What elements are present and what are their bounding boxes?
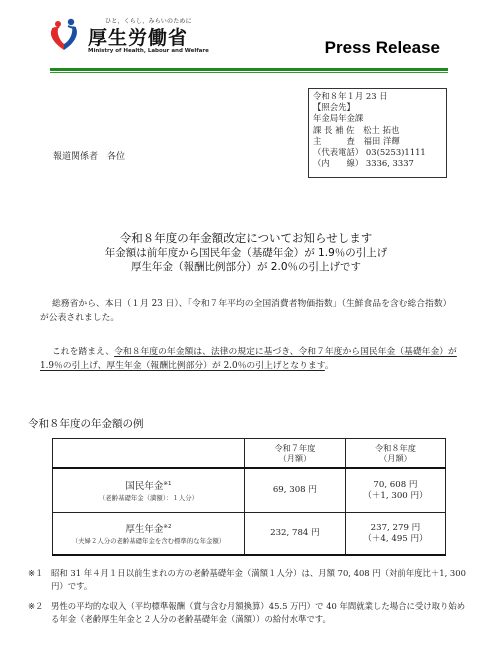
- header-fy7-label: 令和７年度: [245, 443, 345, 453]
- contact-person-1: 課 長 補 佐 松土 拓也: [313, 125, 442, 136]
- mhlw-heart-people-icon: [48, 18, 80, 52]
- amount-change: （＋1, 300 円）: [346, 491, 445, 502]
- person-2-title: 主 査: [313, 136, 355, 146]
- fy8-amount-cell: 237, 279 円 （＋4, 495 円）: [345, 513, 445, 556]
- footnote-2-mark: ※２: [28, 600, 43, 613]
- row-name-text: 国民年金: [125, 481, 163, 492]
- row-name: 厚生年金※2: [53, 521, 244, 536]
- row-description: （夫婦２人分の老齢基礎年金を含む標準的な年金額）: [53, 536, 244, 546]
- fy8-amount: 70, 608 円: [346, 480, 445, 491]
- ministry-name-en: Ministry of Health, Labour and Welfare: [88, 48, 209, 54]
- fy7-amount: 232, 784 円: [245, 528, 345, 539]
- header-divider: [50, 68, 448, 74]
- table-header-row: 令和７年度 （月額） 令和８年度 （月額）: [53, 439, 446, 469]
- fy8-amount: 237, 279 円: [346, 523, 445, 534]
- headline-subtitle-1: 年金額は前年度から国民年金（基礎年金）が 1.9％の引上げ: [0, 246, 492, 260]
- footnote-1-mark: ※１: [28, 567, 43, 580]
- paragraph-2-tail: 。: [325, 361, 334, 371]
- header-fy8-label: 令和８年度: [346, 443, 445, 453]
- body-paragraph-1: 総務省から、本日（１月 23 日）、「令和７年平均の全国消費者物価指数」（生鮮食…: [40, 297, 460, 325]
- header-fy8-unit: （月額）: [346, 453, 445, 463]
- footnote-1-text: 昭和 31 年４月１日以前生まれの方の老齢基礎年金（満額１人分）は、月額 70,…: [51, 567, 468, 593]
- header-fy7-unit: （月額）: [245, 453, 345, 463]
- phone-label: （代表電話）: [313, 147, 363, 157]
- footnote-1: ※１ 昭和 31 年４月１日以前生まれの方の老齢基礎年金（満額１人分）は、月額 …: [28, 567, 468, 593]
- divider-line-top: [50, 68, 448, 71]
- footnote-2: ※２ 男性の平均的な収入（平均標準報酬（賞与含む月額換算）45.5 万円）で 4…: [28, 600, 468, 626]
- contact-person-2: 主 査 福田 洋輝: [313, 136, 442, 147]
- ministry-name: 厚生労働省: [88, 23, 188, 50]
- contact-extension: （内 線） 3336, 3337: [313, 158, 442, 169]
- table-row: 国民年金※1 （老齢基礎年金（満額）：１人分） 69, 308 円 70, 60…: [53, 468, 446, 513]
- fy7-amount: 69, 308 円: [245, 485, 345, 496]
- row-label-cell: 国民年金※1 （老齢基礎年金（満額）：１人分）: [53, 468, 245, 513]
- contact-box: 令和８年１月 23 日 【照会先】 年金局年金課 課 長 補 佐 松土 拓也 主…: [308, 88, 447, 178]
- person-1-name: 松土 拓也: [363, 125, 399, 135]
- paragraph-2-lead: これを踏まえ、: [52, 347, 114, 357]
- press-release-label: Press Release: [290, 38, 440, 58]
- header-cell-empty: [53, 439, 245, 469]
- fy7-amount-cell: 232, 784 円: [244, 513, 345, 556]
- row-label-cell: 厚生年金※2 （夫婦２人分の老齢基礎年金を含む標準的な年金額）: [53, 513, 245, 556]
- contact-heading: 【照会先】: [313, 102, 442, 113]
- headline-subtitle-2: 厚生年金（報酬比例部分）が 2.0％の引上げです: [0, 260, 492, 274]
- body-paragraph-2: これを踏まえ、令和８年度の年金額は、法律の規定に基づき、令和７年度から国民年金（…: [40, 345, 460, 373]
- ministry-logo: ひと、くらし、みらいのために 厚生労働省 Ministry of Health,…: [48, 14, 248, 54]
- divider-line-bottom: [50, 72, 448, 73]
- footnote-2-text: 男性の平均的な収入（平均標準報酬（賞与含む月額換算）45.5 万円）で 40 年…: [51, 600, 468, 626]
- headline: 令和８年度の年金額改定についてお知らせします 年金額は前年度から国民年金（基礎年…: [0, 231, 492, 274]
- phone-number: 03(5253)1111: [366, 147, 426, 157]
- row-name: 国民年金※1: [53, 478, 244, 493]
- footnote-ref: ※2: [163, 524, 171, 530]
- person-1-title: 課 長 補 佐: [313, 125, 355, 135]
- contact-department: 年金局年金課: [313, 113, 442, 124]
- pension-amount-table: 令和７年度 （月額） 令和８年度 （月額） 国民年金※1 （老齢基礎年金（満額）…: [52, 438, 446, 556]
- extension-label: （内 線）: [313, 158, 363, 168]
- amount-change: （＋4, 495 円）: [346, 534, 445, 545]
- footnote-ref: ※1: [163, 481, 171, 487]
- release-date: 令和８年１月 23 日: [313, 91, 442, 102]
- row-name-text: 厚生年金: [125, 524, 163, 535]
- row-description: （老齢基礎年金（満額）：１人分）: [53, 493, 244, 503]
- header-cell-fy7: 令和７年度 （月額）: [244, 439, 345, 469]
- fy7-amount-cell: 69, 308 円: [244, 468, 345, 513]
- table-title: 令和８年度の年金額の例: [28, 416, 144, 431]
- headline-title: 令和８年度の年金額改定についてお知らせします: [0, 231, 492, 246]
- header-cell-fy8: 令和８年度 （月額）: [345, 439, 445, 469]
- addressee: 報道関係者 各位: [53, 149, 125, 162]
- extension-number: 3336, 3337: [366, 158, 414, 168]
- contact-phone: （代表電話） 03(5253)1111: [313, 147, 442, 158]
- fy8-amount-cell: 70, 608 円 （＋1, 300 円）: [345, 468, 445, 513]
- table-row: 厚生年金※2 （夫婦２人分の老齢基礎年金を含む標準的な年金額） 232, 784…: [53, 513, 446, 556]
- person-2-name: 福田 洋輝: [364, 136, 400, 146]
